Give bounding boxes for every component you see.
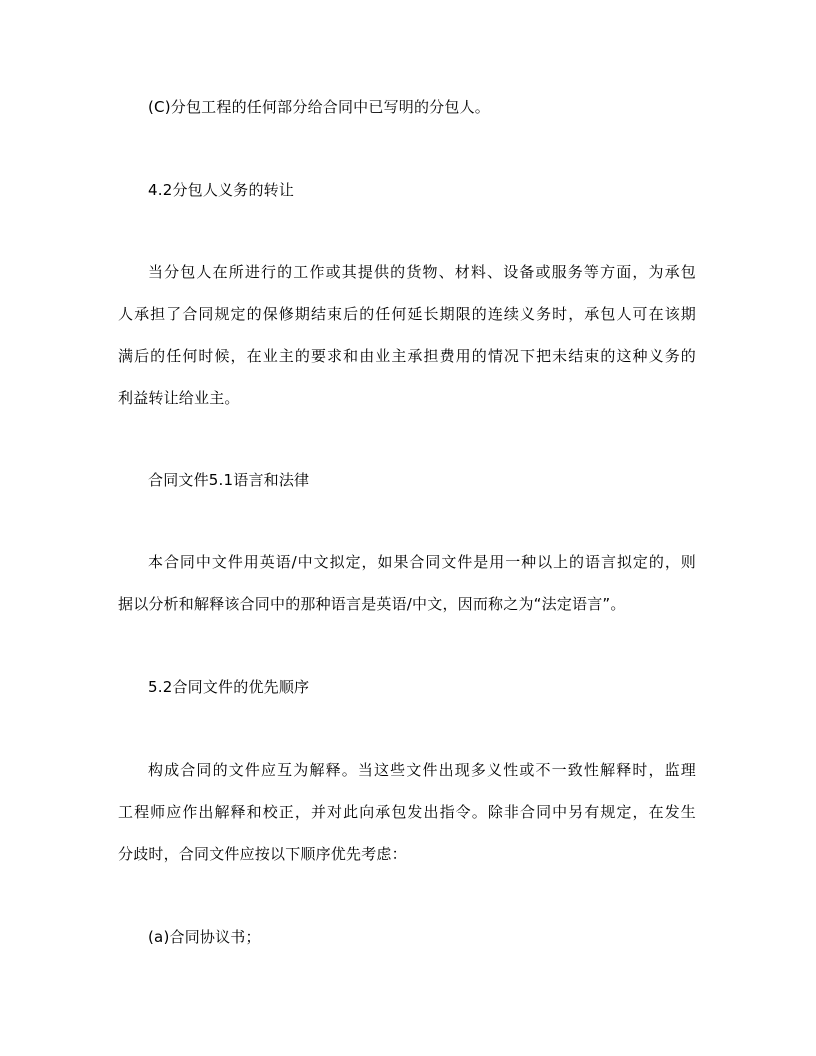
paragraph-line: 工程师应作出解释和校正，并对此向承包发出指令。除非合同中另有规定，在发生: [118, 802, 696, 822]
section-heading-5-1: 合同文件5.1语言和法律: [148, 470, 309, 490]
paragraph-line: 本合同中文件用英语/中文拟定，如果合同文件是用一种以上的语言拟定的，则: [148, 552, 696, 572]
paragraph-line: 当分包人在所进行的工作或其提供的货物、材料、设备或服务等方面，为承包: [148, 262, 696, 282]
paragraph-line: 人承担了合同规定的保修期结束后的任何延长期限的连续义务时，承包人可在该期: [118, 304, 696, 324]
list-item-a: (a)合同协议书；: [148, 927, 261, 947]
paragraph-line: 构成合同的文件应互为解释。当这些文件出现多义性或不一致性解释时，监理: [148, 760, 696, 780]
section-heading-5-2: 5.2合同文件的优先顺序: [148, 677, 309, 697]
section-heading-4-2: 4.2分包人义务的转让: [148, 180, 294, 200]
paragraph-line: 利益转让给业主。: [118, 388, 240, 408]
paragraph-line: 满后的任何时候，在业主的要求和由业主承担费用的情况下把未结束的这种义务的: [118, 346, 696, 366]
paragraph-line: 分歧时，合同文件应按以下顺序优先考虑：: [118, 844, 407, 864]
paragraph-line: 据以分析和解释该合同中的那种语言是英语/中文，因而称之为“法定语言”。: [118, 594, 626, 614]
clause-c-subcontract-line: (C)分包工程的任何部分给合同中已写明的分包人。: [148, 97, 490, 117]
